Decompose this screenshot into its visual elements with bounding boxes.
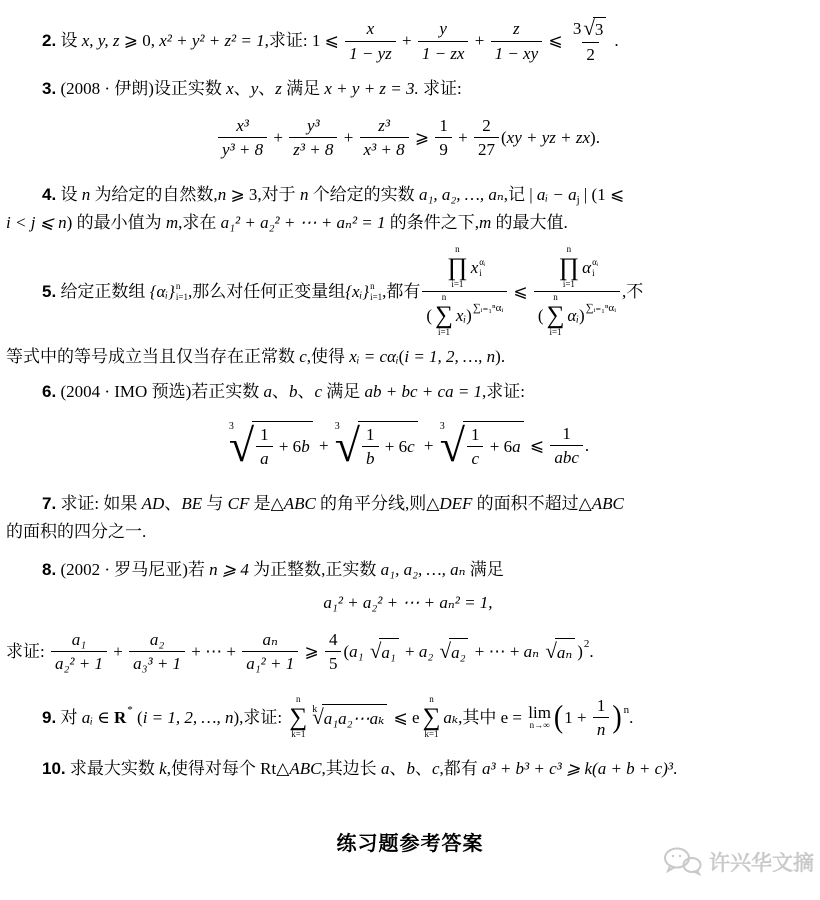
math-text: BE [181, 491, 202, 517]
math-fraction: aₙa₁² + 1 [242, 628, 298, 676]
math-text: ,求证: [482, 379, 525, 405]
math-text: 设 [56, 28, 82, 54]
problem-4-line-1: 4. 设 n 为给定的自然数,n ⩾ 3,对于 n 个给定的实数 a₁, a₂,… [0, 182, 820, 208]
math-text: 给定正数组 [56, 279, 150, 305]
math-text: ) [466, 305, 472, 326]
math-text: a₁² + 1 [246, 653, 294, 674]
math-text: x, y, z [82, 28, 120, 54]
math-text: b [406, 756, 415, 782]
math-text: . [629, 705, 633, 731]
math-text: xᵢ = cαᵢ [349, 344, 398, 370]
math-text: b [301, 434, 310, 460]
math-text: ,使得对每个 Rt△ [167, 756, 290, 782]
math-fraction: 3√32 [569, 16, 613, 66]
math-text: c [407, 434, 415, 460]
math-text: ⩽ [526, 433, 549, 459]
problem-5-continuation: 等式中的等号成立当且仅当存在正常数 c,使得 xᵢ = cαᵢ(i = 1, 2… [0, 344, 820, 370]
math-text: 、 [164, 491, 181, 517]
math-text: i = 1, 2, …, n [404, 344, 495, 370]
math-text: 1 [471, 424, 480, 445]
problem-8-proof-line: 求证: a₁a₂² + 1 + a₂a₃³ + 1 + ⋯ + aₙa₁² + … [0, 624, 820, 680]
math-big-operator: n∑i=1 [435, 293, 453, 338]
math-fraction: y1 − zx [418, 17, 469, 65]
math-text: a₂ [451, 640, 465, 666]
math-text: 满足 [466, 557, 504, 583]
math-text: a₁² + a₂² + ⋯ + aₙ² = 1, [323, 590, 492, 616]
math-text: a₁ [381, 640, 395, 666]
math-text: + ⋯ + [187, 639, 240, 665]
math-fraction: x1 − yz [345, 17, 396, 65]
math-text: k [159, 756, 167, 782]
math-text: {xᵢ} [345, 279, 369, 305]
math-text: 2. [42, 28, 56, 54]
math-text: ( [426, 305, 432, 326]
math-text: xᵢ [456, 305, 466, 326]
problem-3-text: 3. (2008 · 伊朗)设正实数 x、y、z 满足 x + y + z = … [0, 76, 820, 102]
math-text: 1 − xy [495, 43, 539, 64]
math-text: c [471, 448, 479, 469]
math-fraction: z³x³ + 8 [360, 114, 409, 162]
math-text: n [300, 182, 309, 208]
math-text: a [263, 379, 272, 405]
math-fraction: n∏i=1xαᵢi(n∑i=1xᵢ)∑ᵢ₌₁ⁿαᵢ [422, 244, 507, 339]
math-text: z³ [378, 115, 390, 136]
math-text: 、 [258, 76, 275, 102]
math-text: a₂² + 1 [55, 653, 103, 674]
math-fraction: a₁a₂² + 1 [51, 628, 107, 676]
math-text: 1 [260, 424, 269, 445]
math-text: ,使得 [307, 344, 350, 370]
math-text: 等式中的等号成立当且仅当存在正常数 [6, 344, 299, 370]
math-text: 的最大值. [491, 210, 568, 236]
math-text: x² + y² + z² = 1 [159, 28, 264, 54]
math-text: a₁, a₂, …, aₙ [381, 557, 466, 583]
math-limit: limn→∞ [528, 704, 551, 732]
math-text: 对 [56, 705, 82, 731]
math-fraction: 1c [467, 423, 484, 471]
math-big-operator: n∑k=1 [423, 695, 441, 740]
math-text: aₙ [524, 639, 544, 665]
math-text: 满足 [282, 76, 325, 102]
math-text: 27 [478, 139, 495, 160]
math-subscript: j [577, 192, 580, 209]
math-text: ) [577, 639, 583, 665]
math-text: + [470, 28, 488, 54]
math-text: 9. [42, 705, 56, 731]
math-text: + 6 [381, 434, 408, 460]
math-text: αᵢ [567, 305, 579, 326]
math-text: 5. [42, 279, 56, 305]
math-superscript: n [624, 702, 630, 719]
math-big-operator: n∑k=1 [289, 695, 307, 740]
math-text: x [367, 18, 375, 39]
math-radical-index: 3 [440, 419, 445, 434]
math-text: ,其中 e = [458, 705, 526, 731]
math-text: 8. [42, 557, 56, 583]
math-text: ),求证: [234, 705, 287, 731]
problem-9-line: 9. 对 aᵢ ∈ R* (i = 1, 2, …, n),求证: n∑k=1k… [0, 690, 820, 746]
math-text: x³ + 8 [364, 139, 405, 160]
math-text: a₁² + a₂² + ⋯ + aₙ² = 1 [221, 210, 386, 236]
problem-2-line: 2. 设 x, y, z ⩾ 0, x² + y² + z² = 1,求证: 1… [0, 14, 820, 68]
math-text: 求证: 如果 [56, 491, 141, 517]
math-text: + [398, 28, 416, 54]
math-text: . [614, 28, 618, 54]
math-text: c [432, 756, 440, 782]
math-supsub: αᵢi [592, 257, 598, 278]
math-text: 的条件之下, [386, 210, 480, 236]
math-text: + [420, 433, 438, 459]
math-radical: 3√1c + 6a [440, 421, 524, 471]
math-text: 是△ [249, 491, 283, 517]
math-text: c [314, 379, 322, 405]
math-radical: 3√1a + 6b [229, 421, 313, 471]
math-text: i = 1, 2, …, n [143, 705, 234, 731]
math-text: y [439, 18, 447, 39]
math-text: x³ [236, 115, 249, 136]
math-text: m [166, 210, 178, 236]
math-text: α [582, 257, 591, 278]
math-radical: √a₂ [440, 638, 469, 666]
math-text: ,求证: 1 ⩽ [265, 28, 343, 54]
math-text: a [512, 434, 521, 460]
math-fraction: y³z³ + 8 [289, 114, 337, 162]
math-radical: k√a₁a₂⋯aₖ [312, 704, 387, 732]
math-text: 1 − yz [349, 43, 392, 64]
math-radical-index: k [312, 702, 317, 717]
math-text: y [251, 76, 259, 102]
math-text: (2002 · 罗马尼亚)若 [56, 557, 209, 583]
math-text: 、 [415, 756, 432, 782]
math-radical: 3√1b + 6c [335, 421, 418, 471]
math-text: (2004 · IMO 预选)若正实数 [56, 379, 263, 405]
math-radical: √3 [583, 17, 606, 40]
math-text: + ⋯ + [470, 639, 523, 665]
math-text: 1 [439, 115, 448, 136]
math-text: a₁, a₂, …, aₙ [419, 182, 504, 208]
problem-7-line-1: 7. 求证: 如果 AD、BE 与 CF 是△ABC 的角平分线,则△DEF 的… [0, 491, 820, 517]
math-text: b [289, 379, 298, 405]
math-limits: ni=1 [176, 281, 188, 302]
math-fraction: 227 [474, 114, 499, 162]
math-text: + [454, 125, 472, 151]
math-text: ⩽ [544, 28, 567, 54]
math-fraction: 1a [256, 423, 273, 471]
math-text: ). [495, 344, 505, 370]
math-text: 设 [56, 182, 82, 208]
math-text: 求证: [6, 639, 49, 665]
math-text: 的面积不超过△ [472, 491, 591, 517]
math-text: 求最大实数 [66, 756, 160, 782]
math-text: ) [579, 305, 585, 326]
math-text: aₙ [263, 629, 278, 650]
math-text: ,不 [622, 279, 643, 305]
math-text: i < j ⩽ n [6, 210, 67, 236]
problem-5-line: 5. 给定正数组 {αᵢ}ni=1,那么对任何正变量组{xᵢ}ni=1,都有n∏… [0, 242, 820, 342]
math-text: n [82, 182, 91, 208]
math-text: 与 [202, 491, 228, 517]
math-limits: ni=1 [370, 281, 382, 302]
math-text: + 6 [486, 434, 513, 460]
math-radical: √aₙ [545, 638, 575, 666]
math-text: 2 [482, 115, 491, 136]
problem-8-formula: a₁² + a₂² + ⋯ + aₙ² = 1, [0, 590, 820, 616]
math-text: AD [142, 491, 165, 517]
math-text: 2 [586, 44, 595, 65]
math-superscript: * [127, 702, 133, 719]
math-text: ⩾ 0, [119, 28, 159, 54]
math-text: ,记 | [504, 182, 537, 208]
math-text: ( [538, 305, 544, 326]
math-text: m [479, 210, 491, 236]
math-fraction: a₂a₃³ + 1 [129, 628, 185, 676]
math-text: | (1 ⩽ [580, 182, 625, 208]
math-text: 为给定的自然数, [90, 182, 218, 208]
math-text: a₂ [150, 629, 164, 650]
math-radical-index: 3 [229, 419, 234, 434]
math-text: . [585, 433, 589, 459]
math-fraction: n∏i=1ααᵢi(n∑i=1αᵢ)∑ᵢ₌₁ⁿαᵢ [534, 244, 620, 339]
math-text: ). [590, 125, 600, 151]
math-text: 3 [573, 18, 582, 39]
math-text: ABC [592, 491, 624, 517]
math-text: 9 [439, 139, 448, 160]
math-text: 4. [42, 182, 56, 208]
wechat-bubbles-icon [662, 846, 704, 878]
math-text: x [226, 76, 234, 102]
math-text: z [275, 76, 282, 102]
math-radical-index: 3 [335, 419, 340, 434]
math-fraction: 45 [325, 628, 342, 676]
math-text: a₁ [349, 639, 368, 665]
math-text: ab + bc + ca = 1 [365, 379, 483, 405]
math-text: ( [133, 705, 143, 731]
math-superscript: 2 [584, 636, 590, 653]
math-text: 3 [595, 19, 604, 40]
math-text: 5 [329, 653, 338, 674]
math-text: aᵢ − a [537, 182, 577, 208]
math-fraction: 1b [362, 423, 379, 471]
math-superscript: ∑ᵢ₌₁ⁿαᵢ [586, 302, 616, 316]
math-text: 4 [329, 629, 338, 650]
problem-6-formula: 3√1a + 6b + 3√1b + 6c + 3√1c + 6a ⩽ 1abc… [0, 413, 820, 479]
math-text: ) 的最小值为 [67, 210, 166, 236]
math-text: z [513, 18, 520, 39]
math-fraction: 1abc [550, 422, 583, 470]
math-text: 的面积的四分之一. [6, 519, 146, 545]
problem-4-line-2: i < j ⩽ n) 的最小值为 m,求在 a₁² + a₂² + ⋯ + aₙ… [0, 210, 820, 236]
math-text: aᵢ [82, 705, 93, 731]
math-text: a [381, 756, 390, 782]
math-text: 1 − zx [422, 43, 465, 64]
math-text: 1 [597, 695, 606, 716]
math-text: + [401, 639, 419, 665]
math-text: c [299, 344, 307, 370]
math-text: ⩽ [509, 279, 532, 305]
math-text: ,那么对任何正变量组 [188, 279, 345, 305]
math-text: + 6 [275, 434, 302, 460]
math-text: R [114, 705, 126, 731]
math-text: + [269, 125, 287, 151]
math-text: ABC [289, 756, 321, 782]
math-big-operator: n∏i=1 [447, 245, 468, 290]
math-fraction: z1 − xy [491, 17, 543, 65]
problem-8-text: 8. (2002 · 罗马尼亚)若 n ⩾ 4 为正整数,正实数 a₁, a₂,… [0, 557, 820, 583]
math-text: 1 + [564, 705, 591, 731]
math-text: 7. [42, 491, 56, 517]
document-page: 2. 设 x, y, z ⩾ 0, x² + y² + z² = 1,求证: 1… [0, 0, 820, 900]
math-text: DEF [439, 491, 472, 517]
math-text: 1 [562, 423, 571, 444]
math-text: y³ [307, 115, 320, 136]
math-text: ⩾ 3,对于 [226, 182, 300, 208]
math-supsub: αᵢi [479, 257, 485, 278]
math-superscript: ∑ᵢ₌₁ⁿαᵢ [473, 302, 503, 316]
math-text: y³ + 8 [222, 139, 263, 160]
math-text: n [597, 719, 606, 740]
math-big-paren: ) [612, 702, 621, 733]
problem-10-line: 10. 求最大实数 k,使得对每个 Rt△ABC,其边长 a、b、c,都有 a³… [0, 756, 820, 782]
math-radical: √a₁ [370, 638, 399, 666]
math-text: aₖ [443, 705, 458, 731]
math-fraction: x³y³ + 8 [218, 114, 267, 162]
math-fraction: 1n [593, 694, 610, 742]
math-text: a³ + b³ + c³ ⩾ k(a + b + c)³ [482, 756, 673, 782]
math-text: 个给定的实数 [308, 182, 419, 208]
math-text: xy + yz + zx [507, 125, 590, 151]
math-text: 10. [42, 756, 66, 782]
math-text: ,求在 [178, 210, 221, 236]
math-text: x [471, 257, 479, 278]
math-text: 求证: [419, 76, 462, 102]
math-text: + [109, 639, 127, 665]
math-text: {αᵢ} [150, 279, 175, 305]
math-text: a₁a₂⋯aₖ [324, 706, 385, 732]
math-text: 、 [234, 76, 251, 102]
problem-7-line-2: 的面积的四分之一. [0, 519, 820, 545]
math-text: 满足 [322, 379, 365, 405]
math-text: + [315, 433, 333, 459]
problem-3-formula: x³y³ + 8 + y³z³ + 8 + z³x³ + 8 ⩾ 19 + 22… [0, 108, 820, 168]
math-text: 、 [297, 379, 314, 405]
problem-6-text: 6. (2004 · IMO 预选)若正实数 a、b、c 满足 ab + bc … [0, 379, 820, 405]
math-text: ∈ [93, 705, 114, 731]
math-fraction: 19 [435, 114, 452, 162]
math-text: ⩽ e [389, 705, 419, 731]
math-text: n [218, 182, 227, 208]
math-text: CF [228, 491, 250, 517]
math-big-operator: n∑i=1 [547, 293, 565, 338]
math-text: ,都有 [382, 279, 420, 305]
math-text: ABC [284, 491, 316, 517]
math-text: x + y + z = 3. [324, 76, 418, 102]
math-text: 、 [389, 756, 406, 782]
math-text: 3. [42, 76, 56, 102]
math-text: abc [554, 447, 579, 468]
math-text: n ⩾ 4 [209, 557, 249, 583]
math-text: 6. [42, 379, 56, 405]
math-text: a₁ [72, 629, 86, 650]
math-text: a₂ [419, 639, 438, 665]
math-text: 1 [366, 424, 375, 445]
math-text: ,其边长 [321, 756, 381, 782]
watermark-label: 许兴华文摘 [709, 847, 814, 877]
math-text: 的角平分线,则△ [316, 491, 440, 517]
math-text: + [339, 125, 357, 151]
math-big-paren: ( [554, 702, 563, 733]
math-text: z³ + 8 [293, 139, 333, 160]
math-text: ⩾ [300, 639, 323, 665]
math-text: b [366, 448, 375, 469]
math-text: 、 [272, 379, 289, 405]
math-text: . [673, 756, 677, 782]
math-text: ⩾ [411, 125, 434, 151]
watermark: 许兴华文摘 [662, 846, 814, 878]
math-text: ,都有 [439, 756, 482, 782]
math-text: aₙ [557, 640, 572, 666]
math-big-operator: n∏i=1 [559, 245, 580, 290]
math-text: a₃³ + 1 [133, 653, 181, 674]
math-text: 为正整数,正实数 [249, 557, 381, 583]
math-text: (2008 · 伊朗)设正实数 [56, 76, 226, 102]
math-text: a [260, 448, 269, 469]
math-text: . [589, 639, 593, 665]
